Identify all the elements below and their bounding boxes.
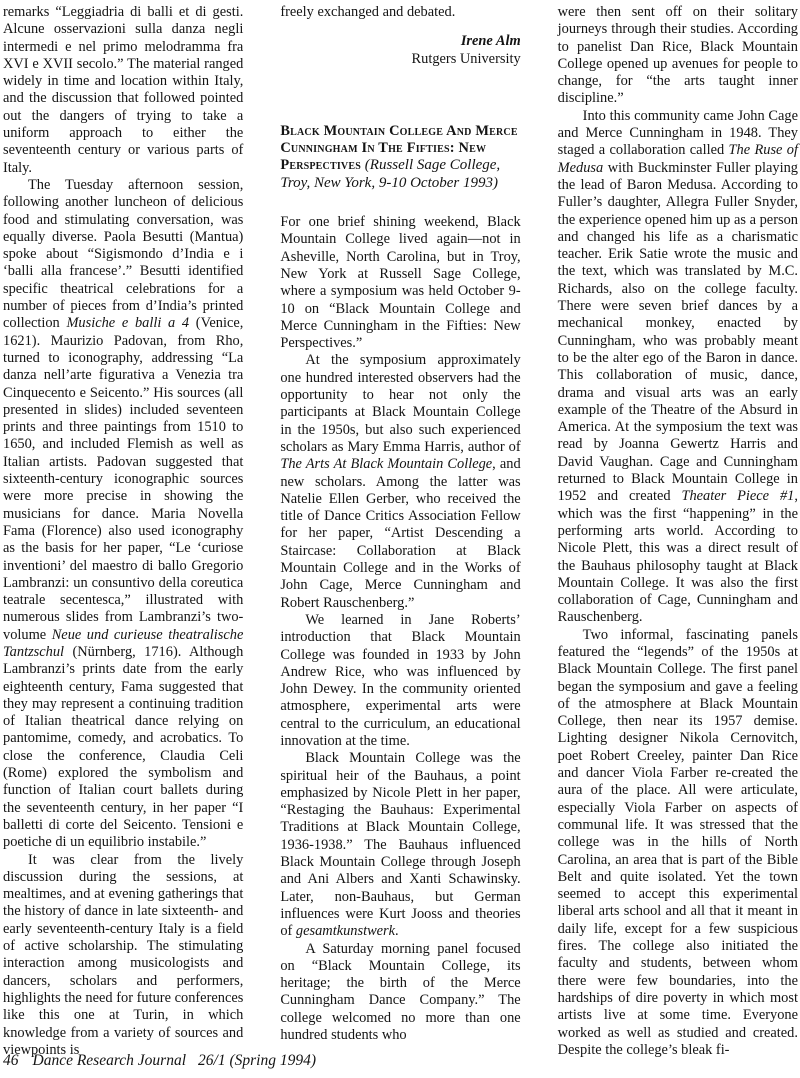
text-run: (Venice, 1621). Maurizio Padovan, from R… [3,315,243,642]
text-run: The Tuesday afternoon session, following… [3,177,243,331]
article-heading: Black Mountain College And Merce Cunning… [280,123,520,192]
text-columns: remarks “Leggiadria di balli et di gesti… [0,0,800,1059]
text-run: A Saturday morning panel focused on “Bla… [280,941,520,1043]
byline-author: Irene Alm [280,33,520,50]
text-run: At the symposium approximately one hundr… [280,352,520,454]
paragraph-legends-panels: Two informal, fascinating panels feature… [558,627,798,1059]
text-run: Irene Alm [461,33,521,49]
paragraph-symposium-observers: At the symposium approximately one hundr… [280,352,520,611]
paragraph-turin-conclusion: It was clear from the lively discussion … [3,852,243,1060]
text-run: (Nürnberg, 1716). Although Lambranzi’s p… [3,644,243,850]
text-run: Theater Piece #1 [681,488,794,504]
journal-page: { "footer": { "page_number": "46", "jour… [0,0,800,1078]
text-run: For one brief shining weekend, Black Mou… [280,214,520,351]
text-run: The Arts At Black Mountain College [280,456,492,472]
column-3: were then sent off on their solitary jou… [558,4,798,1059]
text-run: Rutgers University [412,51,521,67]
text-run: were then sent off on their solitary jou… [558,4,798,106]
text-run: , which was the first “happening” in the… [558,488,798,625]
column-2: freely exchanged and debated.Irene AlmRu… [280,4,520,1059]
page-number: 46 [3,1052,19,1069]
paragraph-saturday-panel-end: were then sent off on their solitary jou… [558,4,798,108]
paragraph-saturday-panel: A Saturday morning panel focused on “Bla… [280,941,520,1045]
text-run: We learned in Jane Roberts’ introduction… [280,612,520,749]
paragraph-bauhaus-heir: Black Mountain College was the spiritual… [280,750,520,940]
text-run: remarks “Leggiadria di balli et di gesti… [3,4,243,176]
text-run: , and new scholars. Among the latter was… [280,456,520,610]
paragraph-turin-report-continuation: remarks “Leggiadria di balli et di gesti… [3,4,243,177]
text-run: freely exchanged and debated. [280,4,455,20]
text-run: . [395,923,399,939]
text-run: with Buckminster Fuller playing the lead… [558,160,798,505]
text-run: Black Mountain College was the spiritual… [280,750,520,939]
byline-affiliation: Rutgers University [280,51,520,68]
paragraph-tuesday-session: The Tuesday afternoon session, following… [3,177,243,852]
paragraph-bmc-intro: For one brief shining weekend, Black Mou… [280,214,520,352]
text-run: gesamtkunstwerk [296,923,395,939]
paragraph-cage-cunningham-1948: Into this community came John Cage and M… [558,108,798,627]
text-run: Two informal, fascinating panels feature… [558,627,798,1058]
journal-issue: 26/1 (Spring 1994) [198,1052,316,1069]
page-footer: 46Dance Research Journal26/1 (Spring 199… [3,1052,316,1070]
column-1: remarks “Leggiadria di balli et di gesti… [3,4,243,1059]
journal-title: Dance Research Journal [33,1052,187,1069]
paragraph-jane-roberts: We learned in Jane Roberts’ introduction… [280,612,520,750]
text-run: It was clear from the lively discussion … [3,852,243,1058]
text-run: Musiche e balli a 4 [66,315,189,331]
paragraph-turin-conclusion-end: freely exchanged and debated. [280,4,520,21]
